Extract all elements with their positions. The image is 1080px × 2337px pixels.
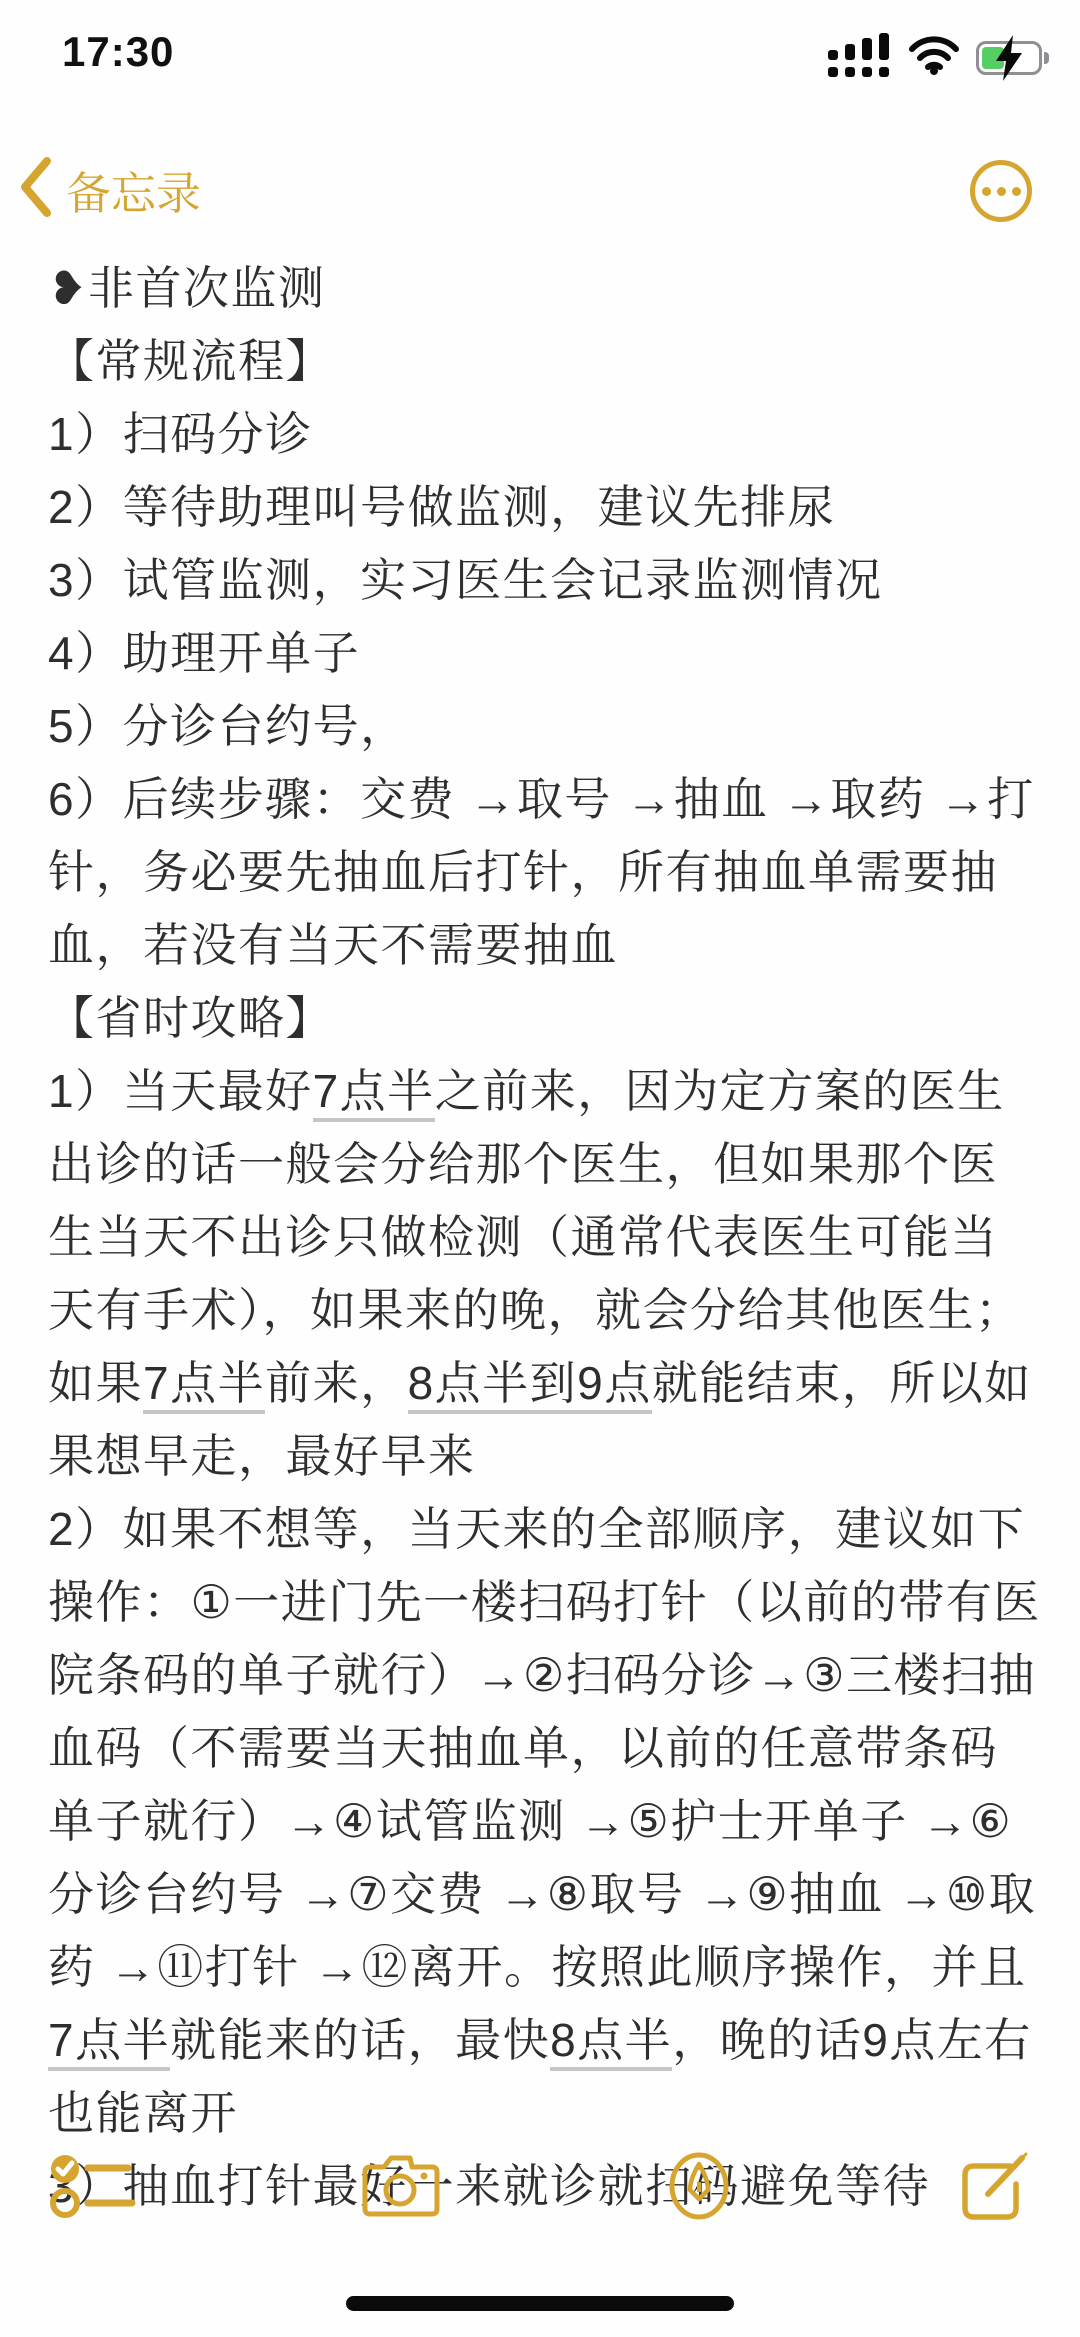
camera-button[interactable]: [362, 2155, 440, 2217]
note-paragraph: 【省时攻略】: [48, 982, 1044, 1055]
notes-app-screen: 17:30: [0, 0, 1080, 2337]
note-text-segment: 【常规流程】: [48, 335, 333, 387]
charging-bolt-icon: [992, 35, 1026, 86]
back-button-label: 备忘录: [66, 157, 201, 222]
checklist-icon: [50, 2206, 136, 2221]
note-text-segment: 2）如果不想等，当天来的全部顺序，建议如下操作：①一进门先一楼扫码打针（以前的带…: [48, 1503, 1041, 1993]
note-paragraph: 5）分诊台约号，: [48, 690, 1044, 763]
note-text-segment: 6）后续步骤：交费 →取号 →抽血 →取药 →打针，务必要先抽血后打针，所有抽血…: [48, 773, 1035, 971]
checklist-button[interactable]: [50, 2154, 136, 2218]
cellular-signal-dual-sim-icon: [828, 33, 892, 84]
note-text-segment: 2）等待助理叫号做监测，建议先排尿: [48, 481, 835, 533]
note-paragraph: 4）助理开单子: [48, 617, 1044, 690]
chevron-left-icon: [18, 156, 52, 223]
ellipsis-dot: [1012, 187, 1021, 196]
ellipsis-dot: [982, 187, 991, 196]
compose-button[interactable]: [958, 2152, 1030, 2220]
markup-button[interactable]: [666, 2152, 732, 2220]
underlined-text: 7点半: [313, 1065, 435, 1122]
note-text-segment: 1）当天最好: [48, 1065, 313, 1117]
note-paragraph: 3）试管监测，实习医生会记录监测情况: [48, 544, 1044, 617]
note-text-segment: ❥非首次监测: [48, 262, 326, 314]
note-text-segment: 5）分诊台约号，: [48, 700, 408, 752]
wifi-icon: [908, 36, 960, 81]
note-paragraph: 6）后续步骤：交费 →取号 →抽血 →取药 →打针，务必要先抽血后打针，所有抽血…: [48, 763, 1044, 982]
note-paragraph: 1）当天最好7点半之前来，因为定方案的医生出诊的话一般会分给那个医生，但如果那个…: [48, 1055, 1044, 1493]
status-icons: [828, 34, 1054, 82]
note-paragraph: 2）等待助理叫号做监测，建议先排尿: [48, 471, 1044, 544]
note-text-segment: 前来，: [265, 1357, 408, 1409]
note-paragraph: 【常规流程】: [48, 325, 1044, 398]
note-text[interactable]: ❥非首次监测【常规流程】1）扫码分诊2）等待助理叫号做监测，建议先排尿3）试管监…: [48, 252, 1044, 2223]
camera-icon: [362, 2205, 440, 2220]
status-time: 17:30: [62, 28, 174, 76]
underlined-text: 7点半: [48, 2014, 170, 2071]
note-text-segment: 4）助理开单子: [48, 627, 360, 679]
note-paragraph: 2）如果不想等，当天来的全部顺序，建议如下操作：①一进门先一楼扫码打针（以前的带…: [48, 1493, 1044, 2150]
underlined-text: 8点半到9点: [408, 1357, 652, 1414]
note-text-segment: 3）试管监测，实习医生会记录监测情况: [48, 554, 883, 606]
underlined-text: 7点半: [143, 1357, 265, 1414]
compose-icon: [958, 2208, 1030, 2223]
note-paragraph: 1）扫码分诊: [48, 398, 1044, 471]
battery-cap: [1044, 52, 1049, 64]
status-bar: 17:30: [0, 0, 1080, 110]
underlined-text: 8点半: [550, 2014, 672, 2071]
markup-pen-icon: [666, 2208, 732, 2223]
bottom-toolbar: [0, 2138, 1080, 2234]
note-text-segment: 【省时攻略】: [48, 992, 333, 1044]
note-paragraph: ❥非首次监测: [48, 252, 1044, 325]
more-options-button[interactable]: [970, 160, 1032, 222]
home-indicator[interactable]: [346, 2296, 734, 2311]
back-button[interactable]: 备忘录: [18, 156, 201, 223]
note-text-segment: 1）扫码分诊: [48, 408, 313, 460]
battery-charging-icon: [976, 39, 1054, 77]
note-text-segment: 就能来的话，最快: [170, 2014, 550, 2066]
nav-bar: 备忘录: [0, 150, 1080, 240]
ellipsis-dot: [997, 187, 1006, 196]
